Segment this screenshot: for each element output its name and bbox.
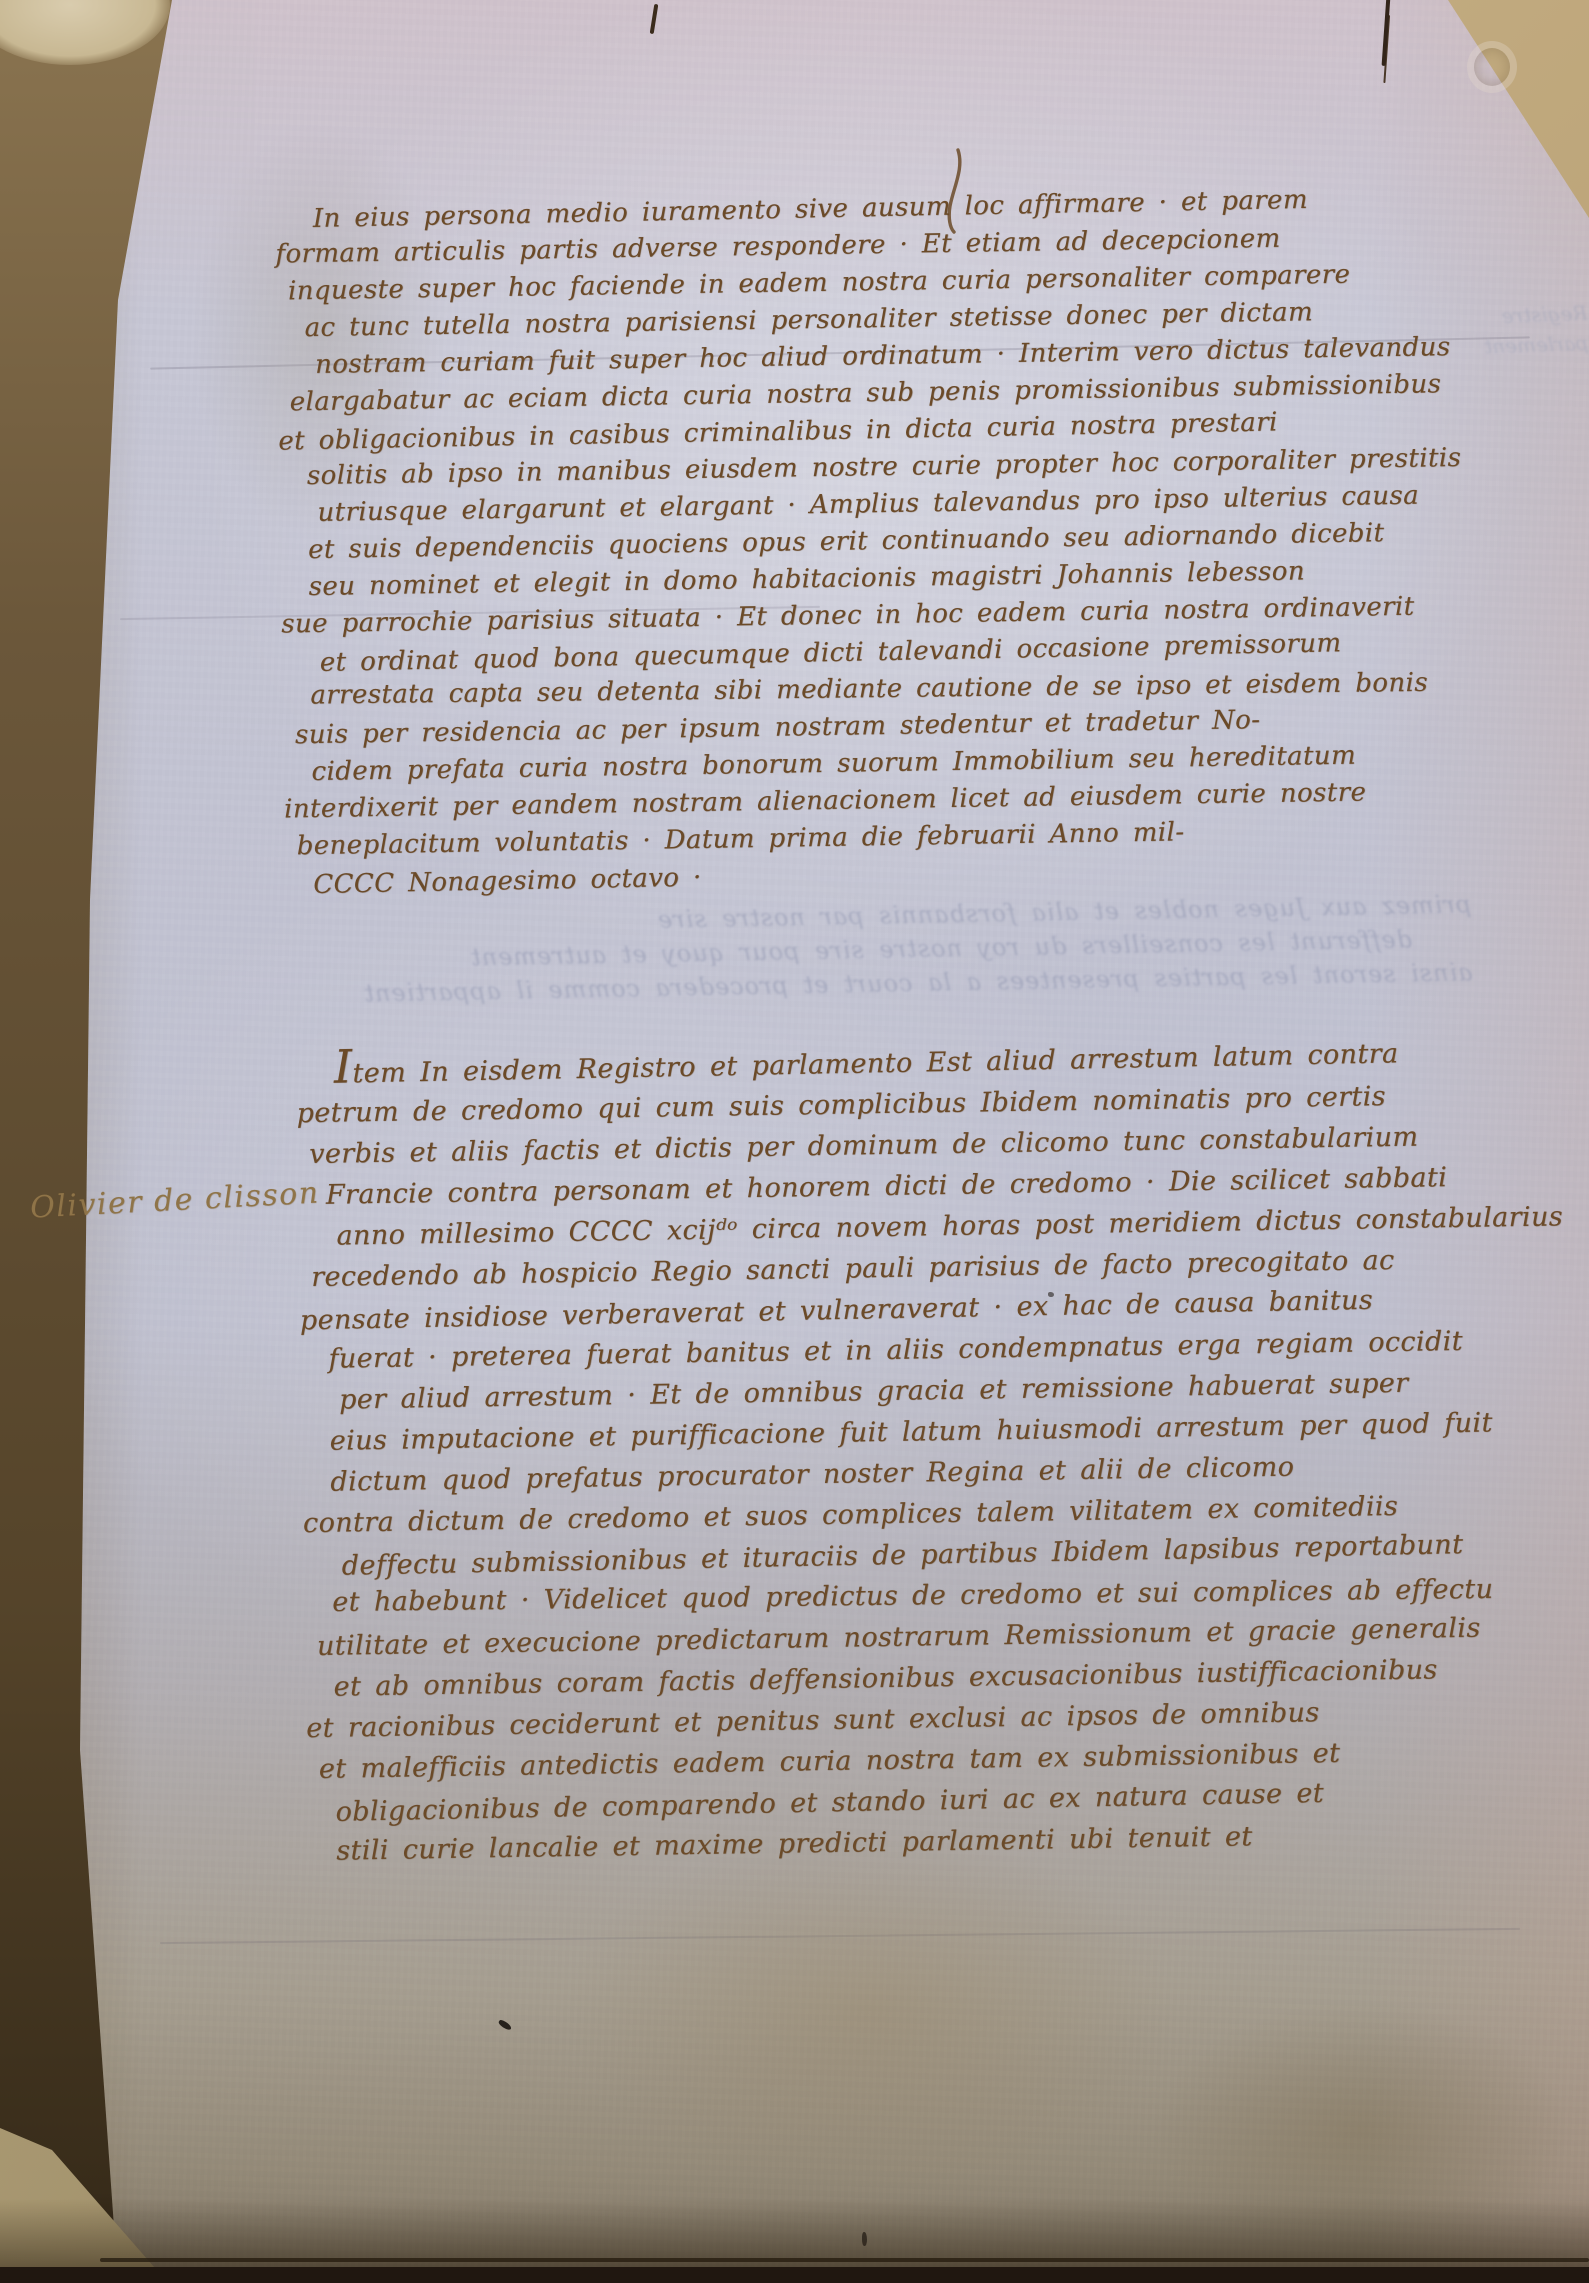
show-through-line: parlement <box>1458 328 1589 363</box>
bottom-edge-shadow <box>0 2199 1589 2269</box>
show-through-line: Registre <box>1457 298 1588 333</box>
paragraph-2: Item In eisdem Registro et parlamento Es… <box>324 1032 1573 1871</box>
show-through-margin: Registre parlement <box>1457 298 1589 363</box>
wormhole <box>1474 48 1510 86</box>
underleaf-corner-top-left <box>0 0 170 65</box>
manuscript-photo: { "document": { "kind": "medieval manusc… <box>0 0 1589 2283</box>
bottom-edge <box>0 2267 1589 2283</box>
show-through-text: primez aux Juges nobles et alia forsbann… <box>351 887 1473 1010</box>
paragraph-1: In eius persona medio iuramento sive aus… <box>303 181 1468 902</box>
